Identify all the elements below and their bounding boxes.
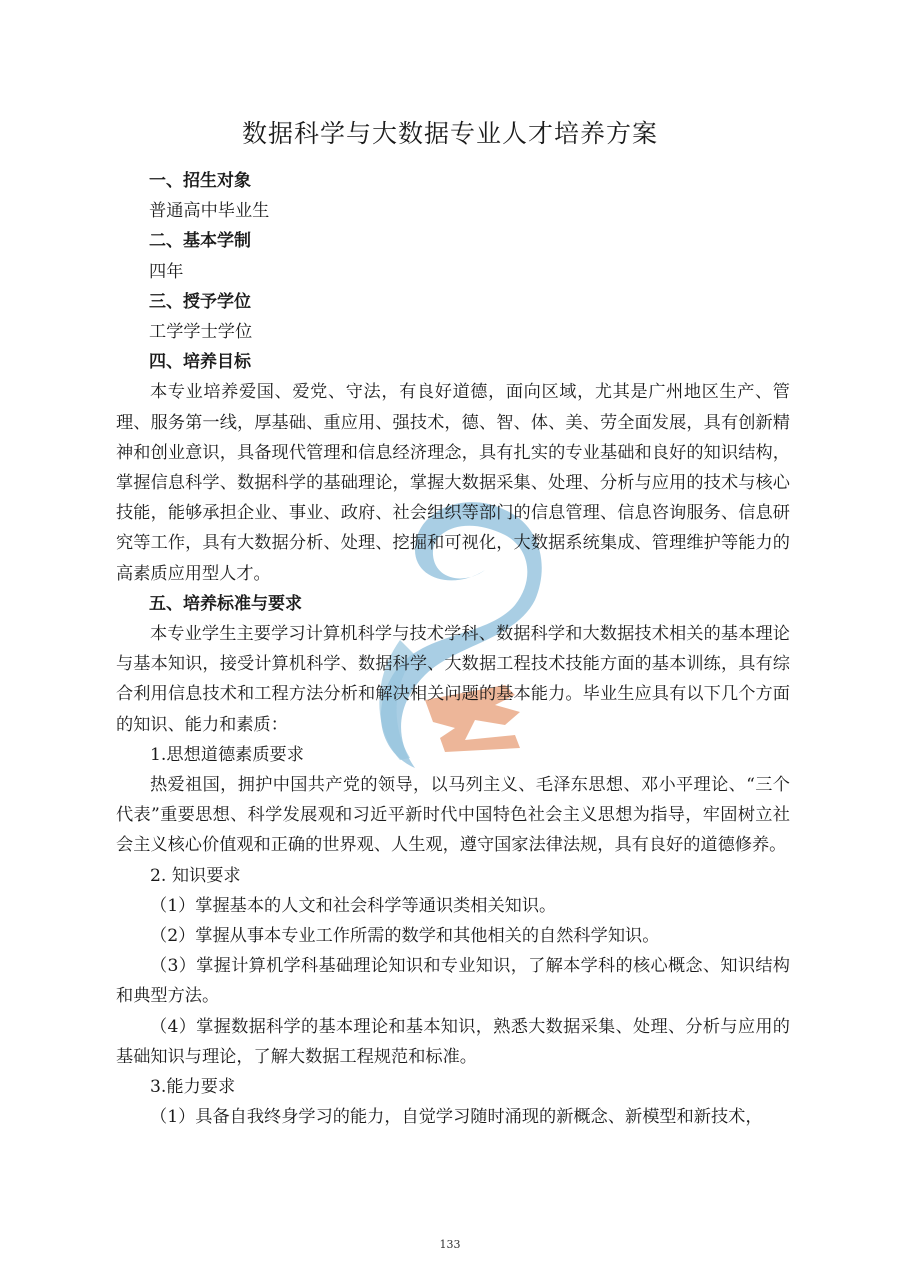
training-objective-paragraph: 本专业培养爱国、爱党、守法，有良好道德，面向区域，尤其是广州地区生产、管理、服务…: [116, 377, 790, 588]
list-item: （3）掌握计算机学科基础理论知识和专业知识，了解本学科的核心概念、知识结构和典型…: [116, 951, 790, 1011]
document-body: 一、招生对象 普通高中毕业生 二、基本学制 四年 三、授予学位 工学学士学位 四…: [116, 166, 790, 1133]
page-number: 133: [0, 1238, 900, 1251]
section-text: 四年: [116, 257, 790, 287]
subsection-heading: 3.能力要求: [116, 1072, 790, 1102]
section-heading: 三、授予学位: [116, 287, 790, 317]
section-heading: 五、培养标准与要求: [116, 589, 790, 619]
section-text: 普通高中毕业生: [116, 196, 790, 226]
list-item: （4）掌握数据科学的基本理论和基本知识，熟悉大数据采集、处理、分析与应用的基础知…: [116, 1012, 790, 1072]
subsection-heading: 1.思想道德素质要求: [116, 740, 790, 770]
section-heading: 一、招生对象: [116, 166, 790, 196]
moral-requirements-paragraph: 热爱祖国，拥护中国共产党的领导，以马列主义、毛泽东思想、邓小平理论、“三个代表”…: [116, 770, 790, 861]
section-heading: 二、基本学制: [116, 226, 790, 256]
document-title: 数据科学与大数据专业人才培养方案: [0, 114, 900, 150]
list-item: （1）具备自我终身学习的能力，自觉学习随时涌现的新概念、新模型和新技术，: [116, 1102, 790, 1132]
list-item: （1）掌握基本的人文和社会科学等通识类相关知识。: [116, 891, 790, 921]
section-text: 工学学士学位: [116, 317, 790, 347]
subsection-heading: 2. 知识要求: [116, 861, 790, 891]
standards-paragraph: 本专业学生主要学习计算机科学与技术学科、数据科学和大数据技术相关的基本理论与基本…: [116, 619, 790, 740]
document-page: 数据科学与大数据专业人才培养方案 一、招生对象 普通高中毕业生 二、基本学制 四…: [0, 0, 900, 1272]
list-item: （2）掌握从事本专业工作所需的数学和其他相关的自然科学知识。: [116, 921, 790, 951]
section-heading: 四、培养目标: [116, 347, 790, 377]
